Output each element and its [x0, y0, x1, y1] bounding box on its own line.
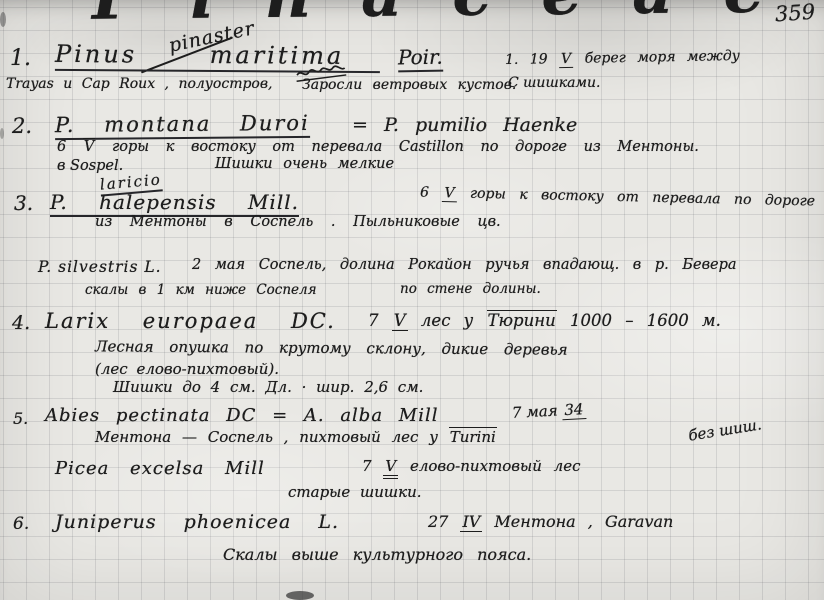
entry2-number: 2.	[12, 114, 32, 138]
entry5-species-name: Abies pectinata DC = A. alba Mill	[45, 405, 438, 426]
entry1-locality-2: Trayas и Cap Roux , полуостров,	[6, 76, 272, 92]
entry4-cone-measurements: Шишки до 4 см. Дл. · шир. 2,6 см.	[113, 378, 423, 396]
entry5-habitat-line: Ментона — Соспель , пихтовый лес у Turin…	[95, 428, 497, 446]
entry5-date-line: 7 мая 34	[512, 400, 586, 422]
entry6-date-locality: 27 IV Ментона , Garavan	[428, 512, 673, 531]
notebook-page: Pinaceae 359 pinaster 1. Pinus maritima …	[0, 0, 824, 600]
entry4-date-roman-numeral: V	[392, 311, 408, 331]
entry2-date-roman-numeral: V	[83, 138, 95, 155]
entry4-altitude: 1000 – 1600 м.	[570, 311, 721, 330]
entry2-habitat: горы к востоку от перевала Castillon по …	[112, 139, 699, 155]
entry3-habitat-line: 6 V горы к востоку от перевала по дороге	[420, 185, 815, 210]
entry4-species-name: Larix europaea DC.	[45, 309, 336, 333]
picea-habitat-line: 7 V елово-пихтовый лес	[362, 457, 580, 475]
entry1-date-roman-numeral: V	[559, 51, 573, 68]
entry2-habitat-2: в Sospel.	[57, 158, 123, 174]
entry2-species-name: P. montana Duroi	[55, 111, 310, 140]
entry6-locality: Ментона , Garavan	[494, 512, 673, 531]
entry4-place: Тюрини	[487, 310, 557, 330]
scan-smudge	[0, 12, 6, 27]
entry6-species-name: Juniperus phoenicea L.	[55, 511, 339, 533]
entry4-habitat-3: (лес елово-пихтовый).	[95, 360, 279, 378]
entry3-date-roman-numeral: V	[442, 185, 457, 202]
silvestris-habitat-1: скалы в 1 км ниже Соспеля	[85, 282, 317, 298]
picea-date: 7	[362, 457, 372, 475]
page-number: 359	[774, 0, 816, 26]
entry6-habitat: Скалы выше культурного пояса.	[223, 545, 531, 564]
entry2-synonym: = P. pumilio Haenke	[352, 114, 577, 136]
entry4-number: 4.	[12, 312, 30, 334]
entry4-habitat-2: Лесная опушка по крутому склону, дикие д…	[95, 337, 568, 358]
silvestris-habitat-2: по стене долины.	[400, 281, 541, 297]
entry5-number: 5.	[13, 409, 28, 428]
entry2-date: 6	[57, 139, 66, 155]
entry2-habitat-line: 6 V горы к востоку от перевала Castillon…	[57, 139, 699, 155]
entry1-date-locality: 1. 19 V берег моря между	[505, 48, 740, 68]
entry1-locality-3: Заросли ветровых кустов.	[302, 77, 516, 93]
scan-smudge	[0, 128, 4, 139]
picea-note: старые шишки.	[288, 483, 422, 501]
entry5-date: 7 мая	[512, 402, 559, 422]
entry4-date-locality: 7 V лес у Тюрини 1000 – 1600 м.	[368, 311, 721, 330]
entry4-habitat-pre: лес у	[421, 311, 473, 330]
entry6-date-roman-numeral: IV	[460, 512, 482, 532]
entry6-number: 6.	[13, 514, 29, 534]
picea-species-name: Picea excelsa Mill	[55, 458, 265, 479]
entry3-date: 6	[420, 185, 429, 201]
scan-smudge	[286, 591, 314, 600]
entry1-number: 1.	[10, 46, 31, 71]
entry4-date: 7	[368, 311, 379, 330]
entry3-habitat-1: горы к востоку от перевала по дороге	[470, 186, 815, 210]
picea-date-roman-numeral: V	[383, 457, 398, 479]
entry3-species-name: P. halepensis Mill.	[50, 190, 299, 217]
entry1-date: 1. 19	[505, 51, 548, 68]
entry3-number: 3.	[14, 191, 33, 215]
silvestris-species-name: P. silvestris L.	[38, 258, 162, 276]
silvestris-locality: 2 мая Соспель, долина Рокайон ручья впад…	[192, 257, 737, 273]
picea-habitat: елово-пихтовый лес	[410, 457, 581, 475]
entry1-author: Poir.	[398, 45, 443, 73]
entry6-date: 27	[428, 512, 448, 531]
entry1-locality-1: берег моря между	[585, 48, 740, 67]
entry3-habitat-2: из Ментоны в Соспель . Пыльниковые цв.	[95, 214, 501, 230]
entry5-habitat-pre: Ментона — Соспель , пихтовый лес у	[95, 428, 438, 446]
entry5-year: 34	[562, 400, 586, 420]
entry2-note: Шишки очень мелкие	[215, 156, 394, 172]
entry5-note: без шиш.	[687, 415, 763, 444]
entry1-note: С шишками.	[508, 75, 600, 91]
entry5-place: Turini	[449, 427, 497, 446]
